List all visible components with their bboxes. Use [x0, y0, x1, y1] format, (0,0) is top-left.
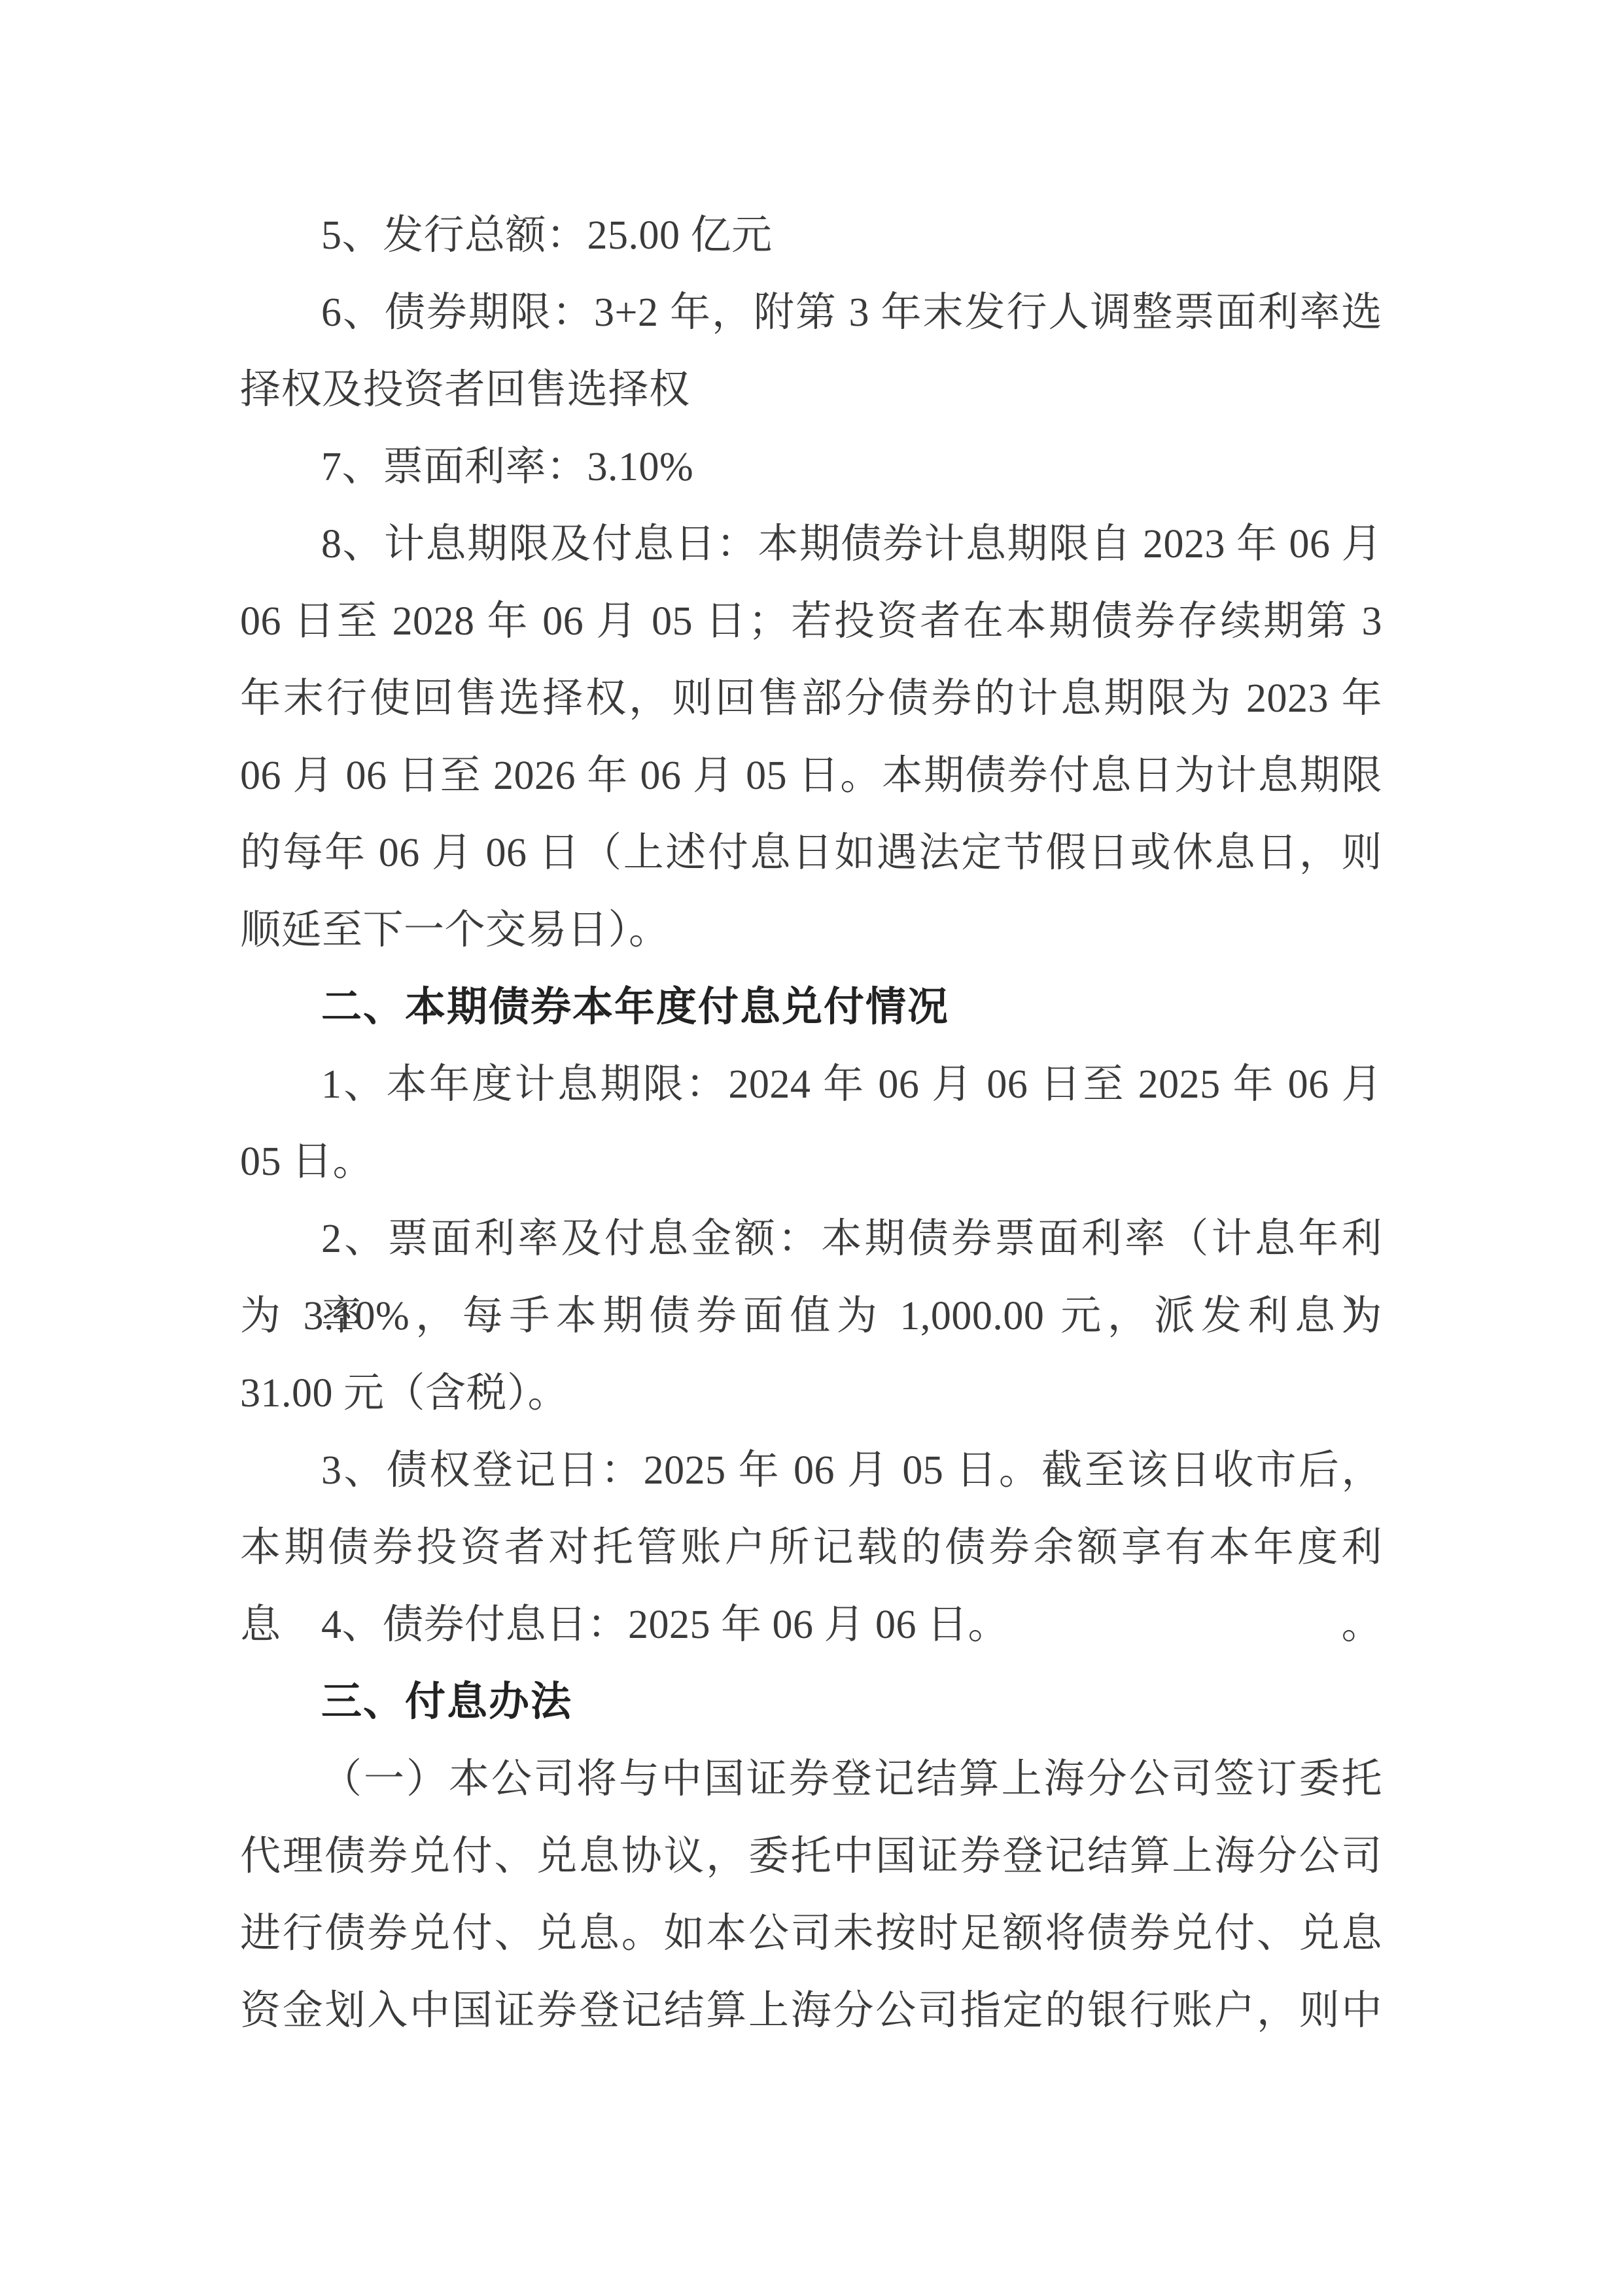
text-line: 8、计息期限及付息日：本期债券计息期限自 2023 年 06 月	[240, 506, 1382, 583]
text-line: 顺延至下一个交易日）。	[240, 892, 1382, 969]
text-line: 资金划入中国证券登记结算上海分公司指定的银行账户，则中	[240, 1972, 1382, 2049]
text-line: 进行债券兑付、兑息。如本公司未按时足额将债券兑付、兑息	[240, 1895, 1382, 1972]
text-line: 本期债券投资者对托管账户所记载的债券余额享有本年度利息。	[240, 1509, 1382, 1586]
text-line: 6、债券期限：3+2 年，附第 3 年末发行人调整票面利率选	[240, 274, 1382, 351]
text-line: 06 日至 2028 年 06 月 05 日；若投资者在本期债券存续期第 3	[240, 583, 1382, 660]
text-line: 代理债券兑付、兑息协议，委托中国证券登记结算上海分公司	[240, 1818, 1382, 1895]
section-heading: 三、付息办法	[240, 1663, 1382, 1741]
text-line: 05 日。	[240, 1123, 1382, 1200]
section-heading: 二、本期债券本年度付息兑付情况	[240, 969, 1382, 1046]
text-line: 06 月 06 日至 2026 年 06 月 05 日。本期债券付息日为计息期限	[240, 737, 1382, 814]
document-body: 5、发行总额：25.00 亿元6、债券期限：3+2 年，附第 3 年末发行人调整…	[240, 197, 1382, 2049]
text-line: 3、债权登记日：2025 年 06 月 05 日。截至该日收市后，	[240, 1432, 1382, 1509]
text-line: 1、本年度计息期限：2024 年 06 月 06 日至 2025 年 06 月	[240, 1046, 1382, 1123]
document-page: 5、发行总额：25.00 亿元6、债券期限：3+2 年，附第 3 年末发行人调整…	[0, 0, 1623, 2296]
text-line: 的每年 06 月 06 日（上述付息日如遇法定节假日或休息日，则	[240, 814, 1382, 892]
text-line: 为 3.10%，每手本期债券面值为 1,000.00 元，派发利息为	[240, 1278, 1382, 1355]
text-line: 5、发行总额：25.00 亿元	[240, 197, 1382, 274]
text-line: （一）本公司将与中国证券登记结算上海分公司签订委托	[240, 1741, 1382, 1818]
text-line: 择权及投资者回售选择权	[240, 351, 1382, 428]
text-line: 7、票面利率：3.10%	[240, 428, 1382, 506]
text-line: 年末行使回售选择权，则回售部分债券的计息期限为 2023 年	[240, 660, 1382, 737]
text-line: 2、票面利率及付息金额：本期债券票面利率（计息年利率）	[240, 1200, 1382, 1278]
text-line: 31.00 元（含税）。	[240, 1355, 1382, 1432]
